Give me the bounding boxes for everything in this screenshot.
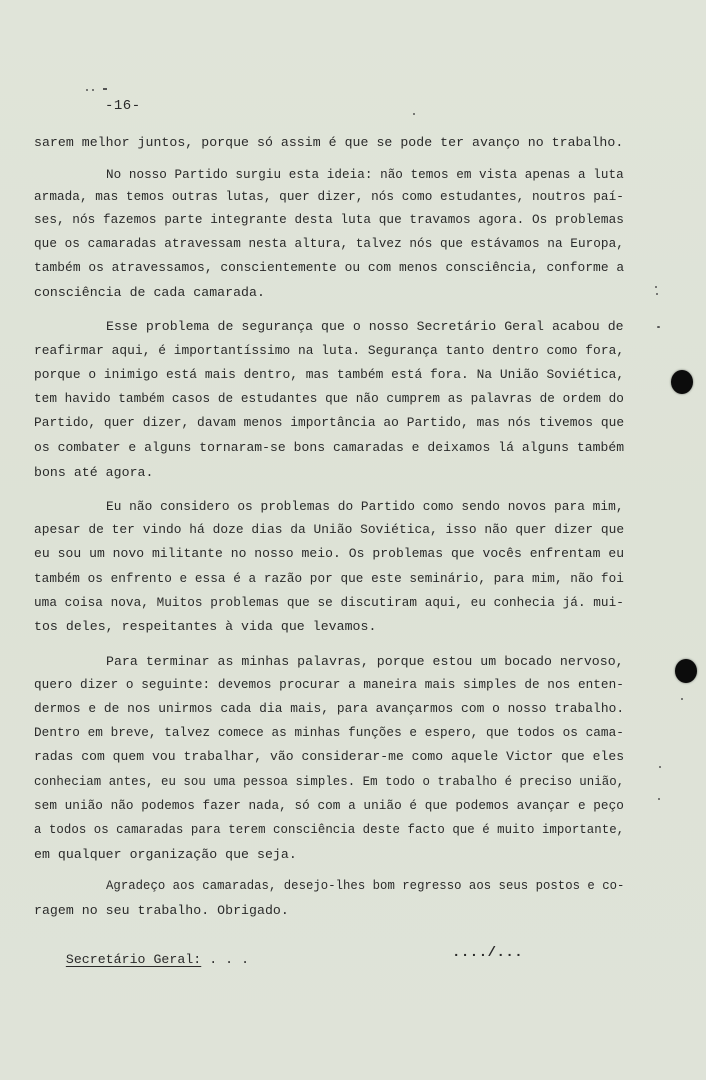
text-line: Eu não considero os problemas do Partido… [106,499,624,515]
text-line: dermos e de nos unirmos cada dia mais, p… [34,701,624,717]
signature-trailing: . . . [201,952,249,967]
text-line: em qualquer organização que seja. [34,847,297,863]
punch-hole [671,370,693,394]
text-line: No nosso Partido surgiu esta ideia: não … [106,167,624,183]
text-line: Agradeço aos camaradas, desejo-lhes bom … [106,878,624,894]
text-line: Para terminar as minhas palavras, porque… [106,654,624,670]
text-line: bons até agora. [34,465,153,481]
document-page: -16- sarem melhor juntos, porque só assi… [0,0,706,1080]
page-number: -16- [105,98,141,114]
signature-block: Secretário Geral: . . . [34,936,249,984]
signature-label: Secretário Geral: [66,952,201,967]
ink-speck [658,798,660,800]
text-line: tem havido também casos de estudantes qu… [34,391,624,407]
text-line: reafirmar aqui, é importantíssimo na lut… [34,343,624,359]
ink-speck [656,293,658,295]
text-line: radas com quem vou trabalhar, vão consid… [34,749,624,765]
ink-speck [86,89,88,91]
text-line: também os enfrento e essa é a razão por … [34,571,624,587]
text-line: tos deles, respeitantes à vida que levam… [34,619,376,635]
text-line: apesar de ter vindo há doze dias da Uniã… [34,522,624,538]
text-line: conheciam antes, eu sou uma pessoa simpl… [34,774,624,790]
text-line: também os atravessamos, conscientemente … [34,260,624,276]
text-line: sem união não podemos fazer nada, só com… [34,798,624,814]
text-line: armada, mas temos outras lutas, quer diz… [34,189,624,205]
ink-speck [413,113,415,115]
ink-speck [659,766,661,768]
continuation-mark: ..../... [452,945,523,961]
text-line: que os camaradas atravessam nesta altura… [34,236,624,252]
ink-speck [681,698,683,700]
text-line: Partido, quer dizer, davam menos importâ… [34,415,624,431]
text-line: ses, nós fazemos parte integrante desta … [34,212,624,228]
ink-speck [92,89,94,91]
text-line: sarem melhor juntos, porque só assim é q… [34,135,623,151]
text-line: Esse problema de segurança que o nosso S… [106,319,624,335]
text-line: a todos os camaradas para terem consciên… [34,822,624,838]
text-line: uma coisa nova, Muitos problemas que se … [34,595,624,611]
ink-speck [655,286,657,288]
text-line: consciência de cada camarada. [34,285,265,301]
text-line: porque o inimigo está mais dentro, mas t… [34,367,624,383]
text-line: eu sou um novo militante no nosso meio. … [34,546,624,562]
punch-hole [675,659,697,683]
text-line: Dentro em breve, talvez comece as minhas… [34,725,624,741]
text-line: quero dizer o seguinte: devemos procurar… [34,677,624,693]
text-line: os combater e alguns tornaram-se bons ca… [34,440,624,456]
text-line: ragem no seu trabalho. Obrigado. [34,903,289,919]
ink-speck [103,88,107,90]
ink-speck [657,326,660,328]
